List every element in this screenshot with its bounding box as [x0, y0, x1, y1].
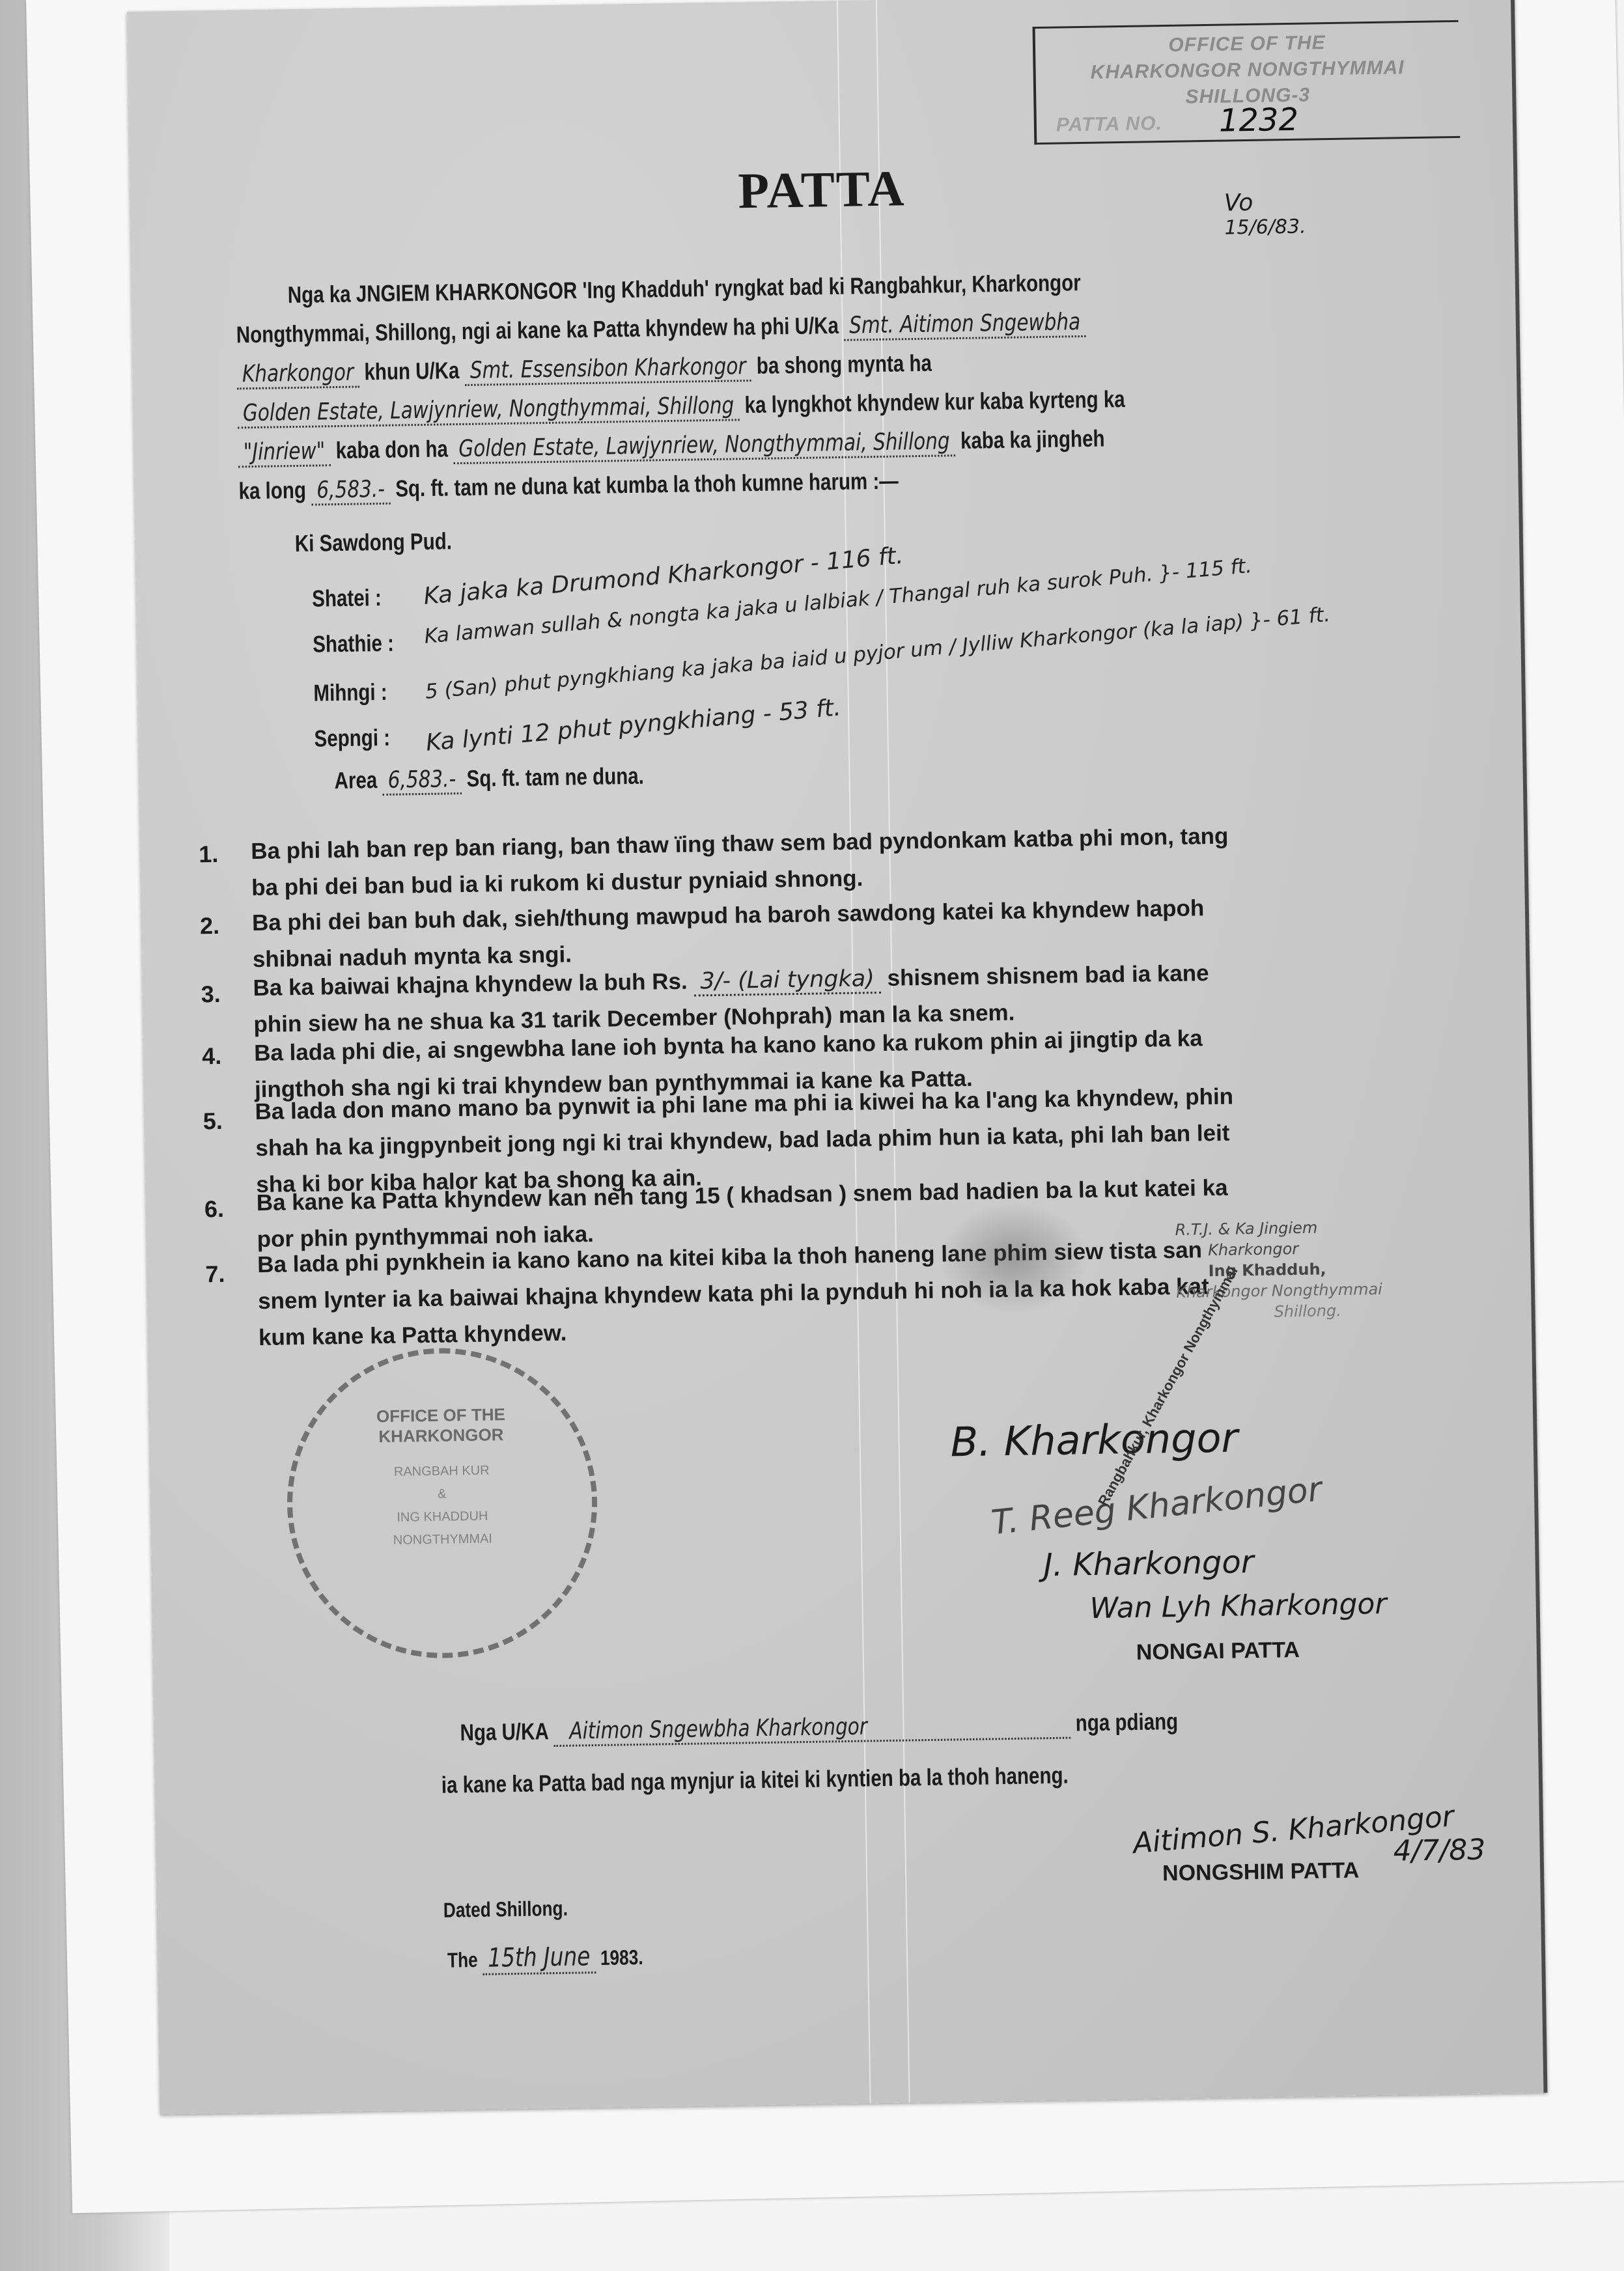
residence-address: Golden Estate, Lawjynriew, Nongthymmai, …: [237, 392, 739, 428]
seal-text: &: [292, 1484, 592, 1504]
plot-area: 6,583.-: [311, 476, 391, 506]
dated-year: 1983.: [600, 1945, 643, 1970]
intro-line-1: Nga ka JNGIEM KHARKONGOR 'Ing Khadduh' r…: [288, 269, 1081, 309]
text: kaba ka jingheh: [960, 425, 1105, 453]
text: Ka lynti 12 phut pyngkhiang: [425, 702, 757, 757]
stamp-line: OFFICE OF THE: [1035, 30, 1459, 59]
intro-line-5: "Jinriew" kaba don ha Golden Estate, Law…: [238, 425, 1104, 466]
measure: - 116 ft.: [809, 542, 904, 577]
nongai-patta-label: NONGAI PATTA: [1136, 1637, 1300, 1665]
text: nga pdiang: [1075, 1708, 1178, 1736]
text: Nongthymmai, Shillong, ngi ai kane ka Pa…: [236, 312, 839, 348]
text: ka long: [238, 477, 306, 505]
grantee-surname: Kharkongor: [236, 359, 359, 389]
text: Sq. ft. tam ne duna kat kumba la thoh ku…: [395, 467, 899, 501]
boundary-label: Mihngi :: [313, 678, 387, 707]
area-line: Area 6,583.- Sq. ft. tam ne duna.: [334, 762, 644, 794]
acceptor-name: Aitimon Sngewbha Kharkongor: [553, 1710, 1070, 1747]
acceptance-line: Nga U/KA Aitimon Sngewbha Kharkongor nga…: [460, 1708, 1178, 1746]
intro-line-6: ka long 6,583.- Sq. ft. tam ne duna kat …: [238, 467, 899, 505]
office-stamp: OFFICE OF THE KHARKONGOR NONGTHYMMAI SHI…: [1033, 20, 1461, 145]
text: Nga U/KA: [460, 1718, 548, 1746]
seal-text: RANGBAH KUR: [292, 1462, 591, 1481]
clause-number: 4.: [202, 1042, 222, 1070]
boundary-label: Sepngi :: [314, 724, 390, 753]
patta-number: 1232: [1218, 102, 1298, 139]
signature-3: J. Kharkongor: [1043, 1544, 1254, 1583]
parent-name: Smt. Essensibon Kharkongor: [464, 353, 751, 386]
text: Ba ka baiwai khajna khyndew la buh Rs.: [253, 969, 688, 1001]
clause-number: 6.: [204, 1195, 225, 1223]
plot-address: Golden Estate, Lawjynriew, Nongthymmai, …: [453, 428, 955, 464]
clause-number: 2.: [200, 912, 220, 940]
text: R.T.J. & Ka Jingiem: [1175, 1216, 1381, 1240]
seal-text: ING KHADDUH: [292, 1507, 592, 1527]
text: Shathie: [313, 630, 382, 658]
page-title: PATTA: [130, 150, 1514, 230]
nongshim-date: 4/7/83: [1393, 1833, 1485, 1868]
dated-place: Dated Shillong.: [443, 1897, 568, 1923]
text: The: [447, 1948, 478, 1972]
text: khun U/Ka: [364, 357, 460, 385]
text: Mihngi: [313, 678, 376, 706]
grantee-name: Smt. Aitimon Sngewbha: [844, 309, 1086, 341]
text: Kharkongor: [1175, 1237, 1382, 1261]
clause-number: 3.: [201, 981, 221, 1008]
seal-ring-text: OFFICE OF THE KHARKONGOR: [317, 1404, 565, 1448]
intro-line-4: Golden Estate, Lawjynriew, Nongthymmai, …: [237, 385, 1125, 426]
text: ba shong mynta ha: [757, 350, 932, 379]
text: Shatei: [312, 584, 370, 611]
text: Sq. ft. tam ne duna.: [466, 762, 644, 792]
signature-4: Wan Lyh Kharkongor: [1089, 1587, 1387, 1625]
patta-document: OFFICE OF THE KHARKONGOR NONGTHYMMAI SHI…: [127, 0, 1547, 2115]
initial-date: 15/6/83.: [1224, 216, 1306, 240]
clause-text: Ba lada phi pynkhein ia kano kano na kit…: [257, 1231, 1261, 1356]
clause-number: 1.: [199, 841, 219, 868]
nongshim-patta-label: NONGSHIM PATTA: [1162, 1858, 1360, 1887]
text: Ing Khadduh,: [1175, 1258, 1382, 1282]
clause-number: 5.: [203, 1108, 223, 1135]
seal-text: NONGTHYMMAI: [293, 1530, 593, 1550]
measure: }- 115 ft.: [1158, 554, 1253, 585]
text: Sepngi: [314, 724, 378, 752]
boundaries-heading: Ki Sawdong Pud.: [295, 527, 453, 557]
text: ka lyngkhot khyndew kur kaba kyrteng ka: [744, 385, 1125, 418]
stamp-line: KHARKONGOR NONGTHYMMAI: [1035, 56, 1459, 85]
signature-1: B. Kharkongor: [950, 1414, 1238, 1466]
text: kaba don ha: [335, 435, 448, 464]
plot-name: "Jinriew": [238, 438, 330, 467]
measure: }- 61 ft.: [1249, 603, 1331, 633]
initial-signature: Vo: [1224, 189, 1306, 217]
intro-line-3: Kharkongor khun U/Ka Smt. Essensibon Kha…: [236, 350, 932, 388]
boundary-label: Shatei :: [312, 584, 382, 613]
rent-amount: 3/- (Lai tyngka): [693, 966, 881, 997]
boundary-west: Ka lynti 12 phut pyngkhiang - 53 ft.: [425, 694, 842, 756]
dated-line: The 15th June 1983.: [447, 1941, 643, 1974]
dated-day-month: 15th June: [483, 1942, 596, 1975]
boundary-label: Shathie :: [313, 630, 394, 658]
area-value: 6,583.-: [382, 766, 462, 796]
text: Area: [334, 766, 377, 794]
office-seal: OFFICE OF THE KHARKONGOR RANGBAH KUR & I…: [285, 1346, 599, 1660]
acceptance-line-2: ia kane ka Patta bad nga mynjur ia kitei…: [441, 1762, 1069, 1799]
intro-line-2: Nongthymmai, Shillong, ngi ai kane ka Pa…: [236, 308, 1085, 348]
clause-number: 7.: [205, 1261, 225, 1288]
signature-2: T. Reeg Kharkongor: [990, 1470, 1324, 1542]
measure: - 53 ft.: [762, 694, 842, 727]
initial-mark: Vo 15/6/83.: [1224, 189, 1306, 240]
